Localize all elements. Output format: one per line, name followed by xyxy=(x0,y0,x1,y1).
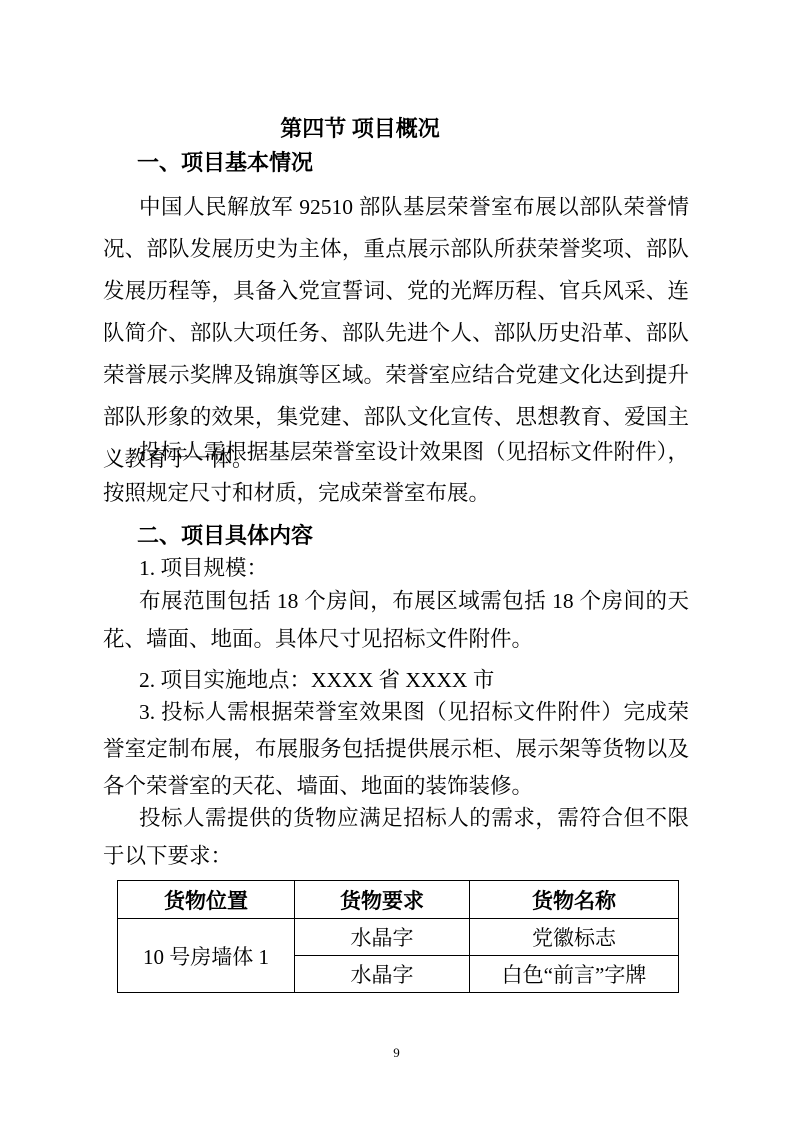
goods-table: 货物位置 货物要求 货物名称 10 号房墙体 1 水晶字 党徽标志 水晶字 白色… xyxy=(117,880,679,993)
document-page: 第四节 项目概况 一、项目基本情况 中国人民解放军 92510 部队基层荣誉室布… xyxy=(0,0,793,1122)
paragraph-scale-detail: 布展范围包括 18 个房间，布展区域需包括 18 个房间的天花、墙面、地面。具体… xyxy=(103,582,689,658)
goods-name-cell: 白色“前言”字牌 xyxy=(470,956,679,993)
goods-table-header-name: 货物名称 xyxy=(470,881,679,919)
goods-requirement-cell: 水晶字 xyxy=(295,956,470,993)
section-heading-project-content: 二、项目具体内容 xyxy=(103,519,689,550)
table-row: 10 号房墙体 1 水晶字 党徽标志 xyxy=(118,919,679,956)
goods-requirement-cell: 水晶字 xyxy=(295,919,470,956)
list-item-project-scale: 1. 项目规模： xyxy=(103,551,689,582)
page-number: 9 xyxy=(0,1045,793,1061)
goods-location-cell: 10 号房墙体 1 xyxy=(118,919,295,993)
doc-title: 第四节 项目概况 xyxy=(103,112,689,143)
goods-table-header-row: 货物位置 货物要求 货物名称 xyxy=(118,881,679,919)
goods-name-cell: 党徽标志 xyxy=(470,919,679,956)
paragraph-custom-exhibition: 3. 投标人需根据荣誉室效果图（见招标文件附件）完成荣誉室定制布展，布展服务包括… xyxy=(103,694,689,805)
list-item-project-location: 2. 项目实施地点：XXXX 省 XXXX 市 xyxy=(103,663,689,694)
paragraph-goods-requirement-intro: 投标人需提供的货物应满足招标人的需求，需符合但不限于以下要求： xyxy=(103,799,689,875)
goods-table-header-location: 货物位置 xyxy=(118,881,295,919)
paragraph-bidder-requirement: 投标人需根据基层荣誉室设计效果图（见招标文件附件），按照规定尺寸和材质，完成荣誉… xyxy=(103,432,689,514)
section-heading-basic-info: 一、项目基本情况 xyxy=(103,146,689,177)
goods-table-header-requirement: 货物要求 xyxy=(295,881,470,919)
